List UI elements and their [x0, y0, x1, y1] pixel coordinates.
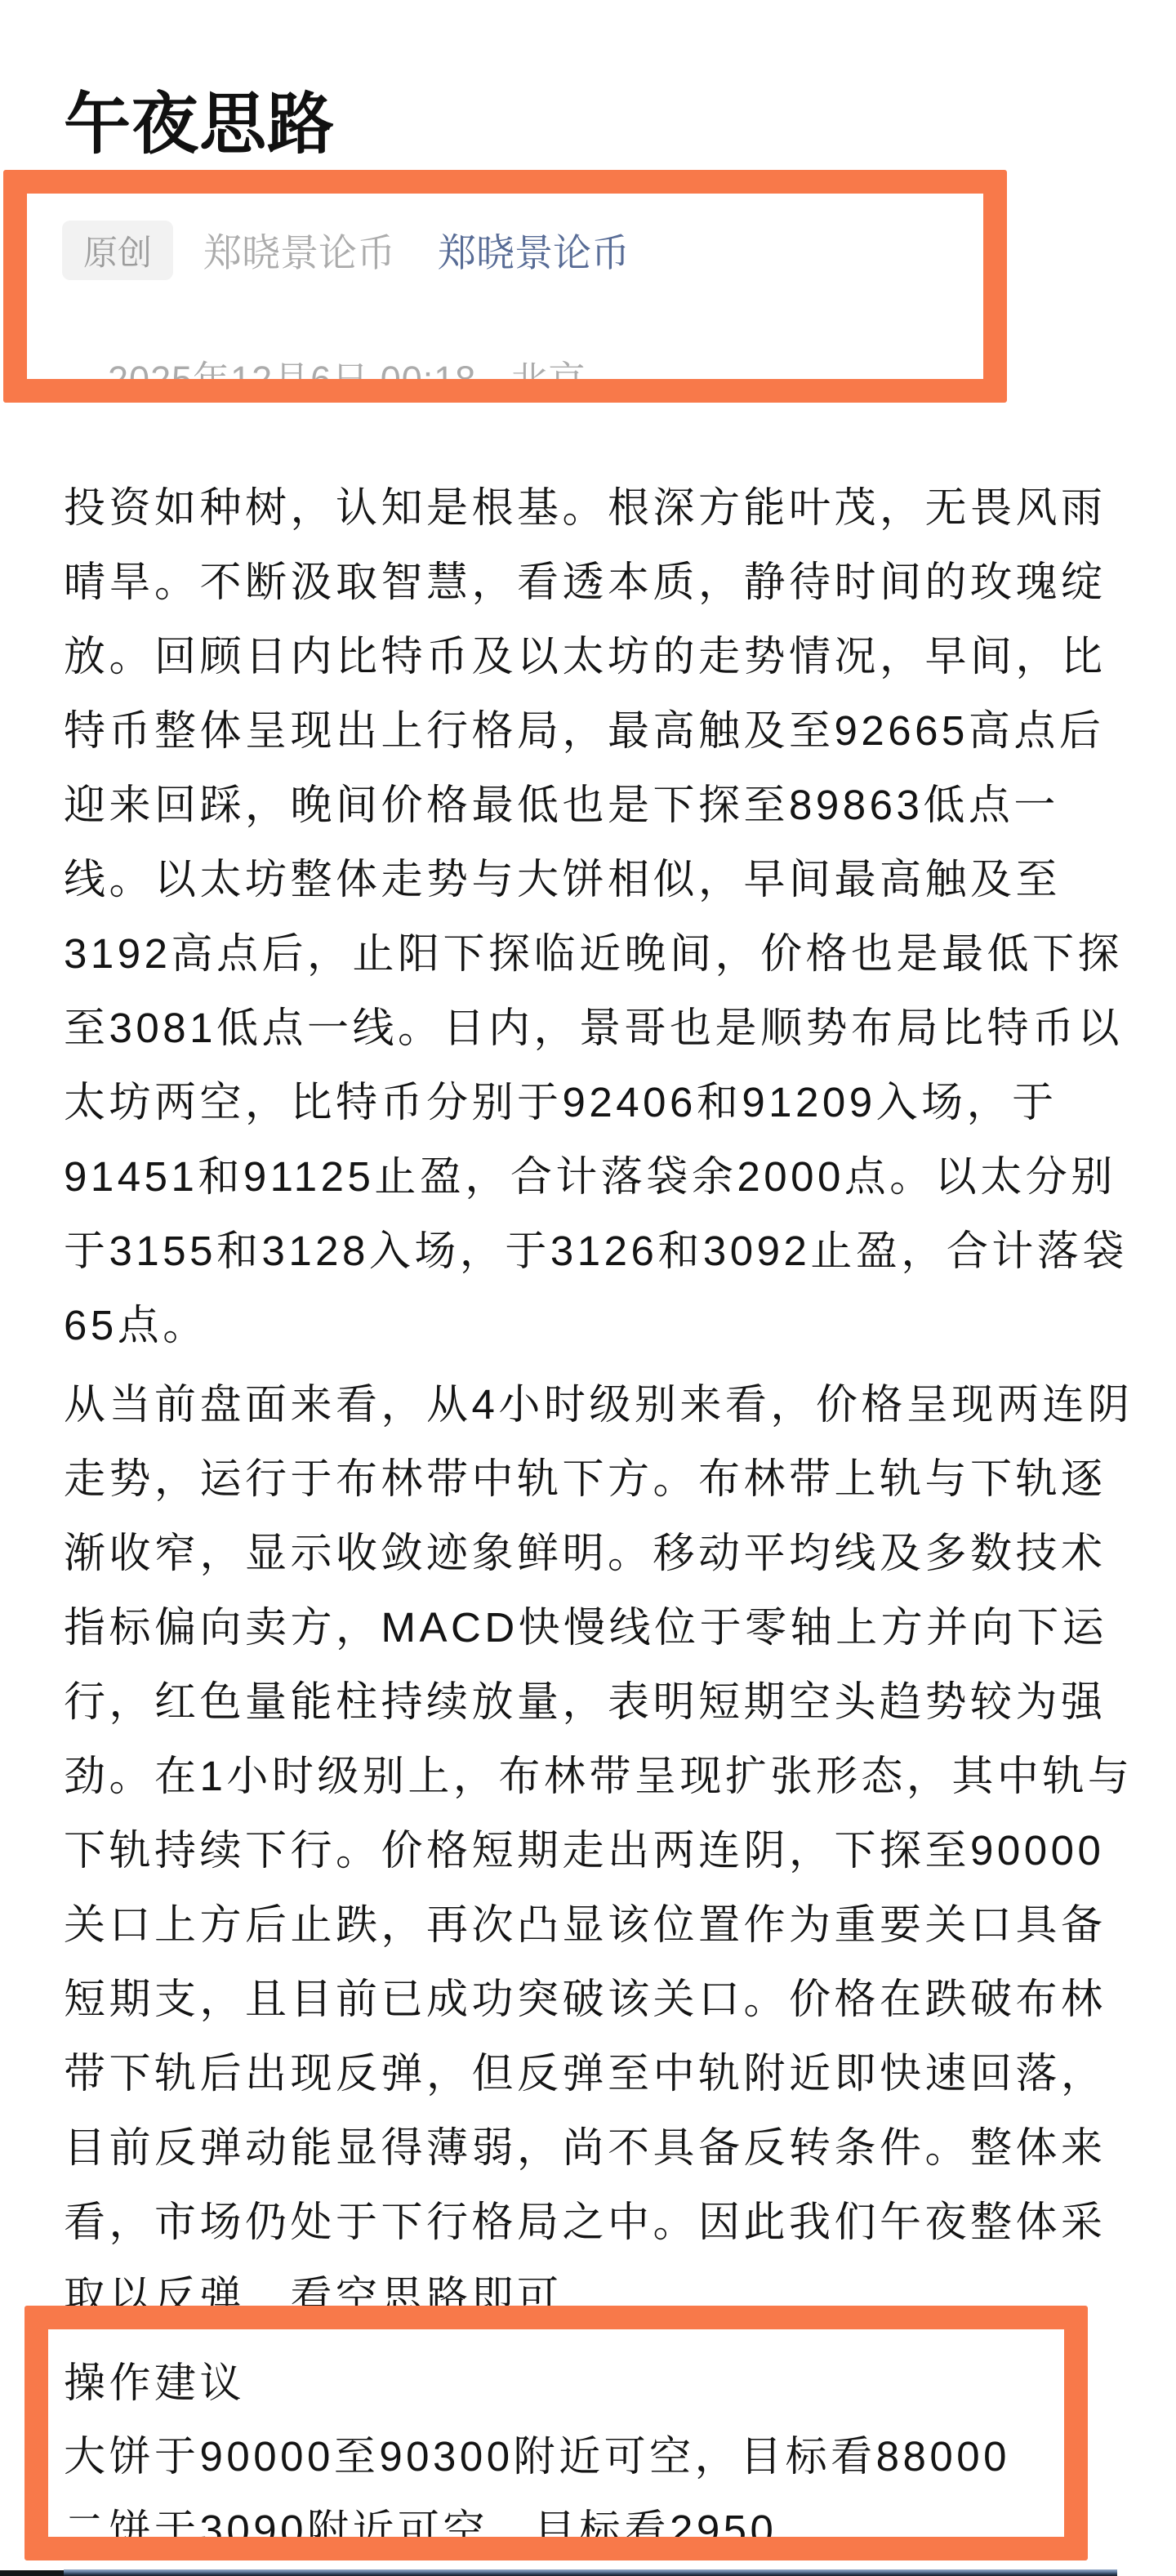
article-title: 午夜思路 — [64, 91, 335, 158]
paragraph-market-analysis: 从当前盘面来看，从4小时级别来看，价格呈现两连阴 走势，运行于布林带中轨下方。布… — [64, 1367, 1112, 2333]
account-name: 郑晓景论币 — [203, 223, 395, 278]
trade-advice-text: 操作建议 大饼于90000至90300附近可空，目标看88000 二饼于3090… — [64, 2346, 1112, 2567]
chart-top-edge — [64, 2569, 1117, 2576]
chart-edge-left-stub — [0, 2570, 64, 2576]
publish-location: 北京 — [510, 359, 586, 400]
paragraph-daily-recap: 投资如种树，认知是根基。根深方能叶茂，无畏风雨 晴旱。不断汲取智慧，看透本质，静… — [64, 470, 1112, 1362]
original-tag-badge: 原创 — [62, 221, 173, 280]
article-body: 投资如种树，认知是根基。根深方能叶茂，无畏风雨 晴旱。不断汲取智慧，看透本质，静… — [64, 470, 1112, 2333]
article-page: 午夜思路 原创 郑晓景论币 郑晓景论币 2025年12月6日 00:18北京 投… — [0, 0, 1176, 2576]
publish-info: 2025年12月6日 00:18北京 — [64, 324, 586, 435]
author-profile-link[interactable]: 郑晓景论币 — [438, 223, 630, 278]
article-meta: 原创 郑晓景论币 郑晓景论币 — [62, 221, 630, 280]
publish-date: 2025年12月6日 00:18 — [108, 359, 476, 400]
